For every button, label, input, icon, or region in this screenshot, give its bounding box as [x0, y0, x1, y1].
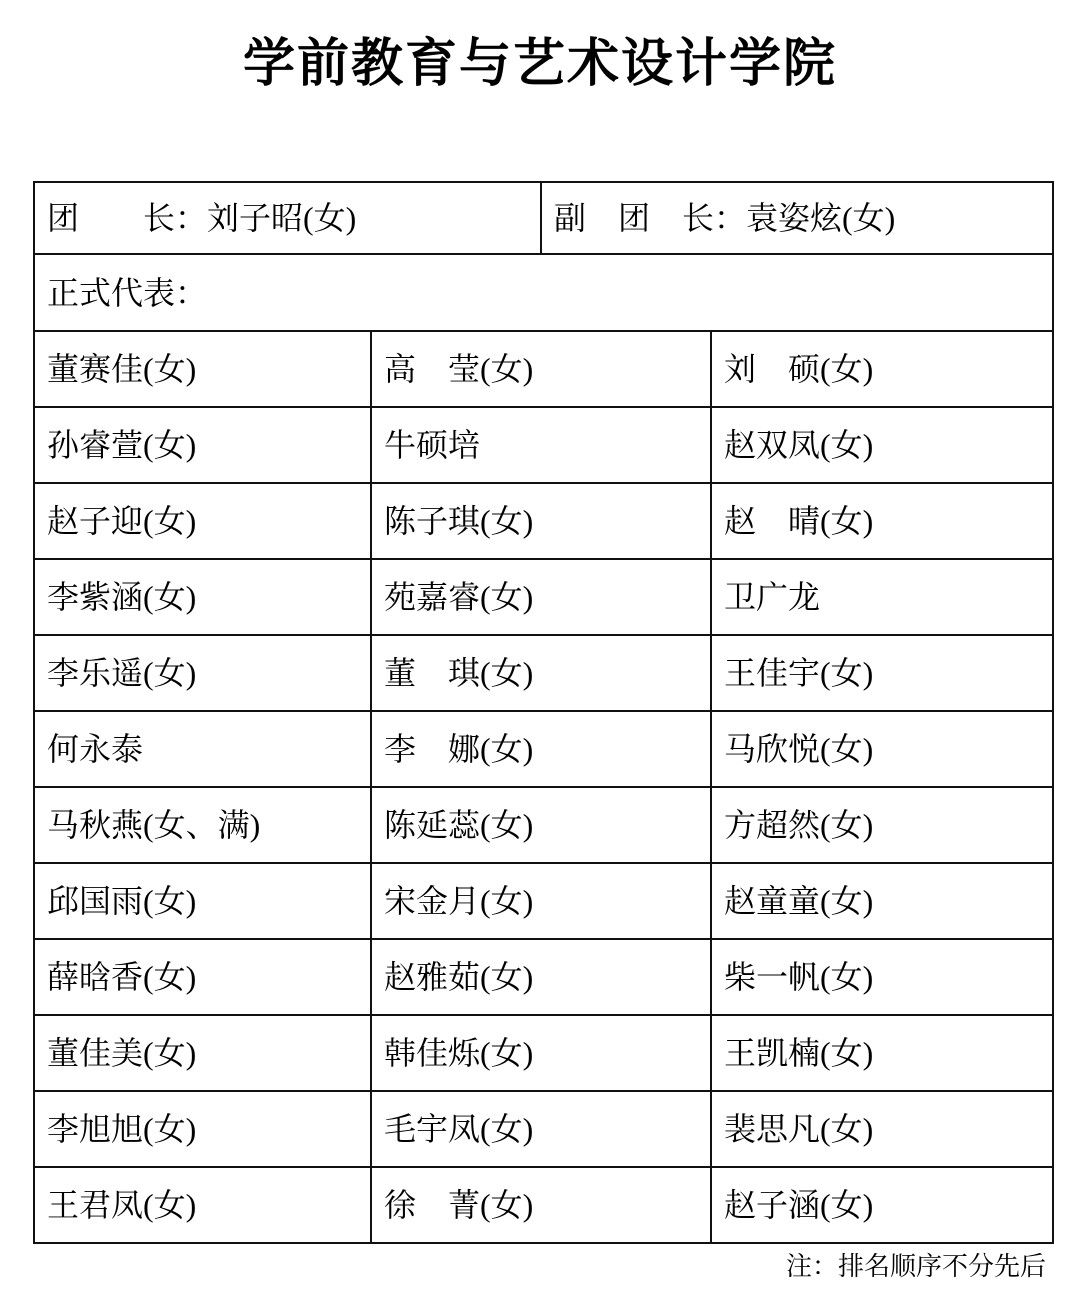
- delegate-cell: 毛宇凤(女): [371, 1091, 711, 1167]
- table-row: 何永泰 李 娜(女) 马欣悦(女): [34, 711, 1053, 787]
- delegate-cell: 邱国雨(女): [34, 863, 371, 939]
- leader-cell: 团 长：刘子昭(女): [34, 182, 541, 254]
- delegate-cell: 董赛佳(女): [34, 331, 371, 407]
- delegate-cell: 赵雅茹(女): [371, 939, 711, 1015]
- delegate-cell: 李 娜(女): [371, 711, 711, 787]
- delegate-cell: 赵童童(女): [711, 863, 1053, 939]
- delegate-cell: 赵子迎(女): [34, 483, 371, 559]
- delegate-cell: 马秋燕(女、满): [34, 787, 371, 863]
- delegate-cell: 韩佳烁(女): [371, 1015, 711, 1091]
- table-row: 孙睿萱(女) 牛硕培 赵双凤(女): [34, 407, 1053, 483]
- delegate-cell: 牛硕培: [371, 407, 711, 483]
- table-row: 邱国雨(女) 宋金月(女) 赵童童(女): [34, 863, 1053, 939]
- table-row: 李旭旭(女) 毛宇凤(女) 裴思凡(女): [34, 1091, 1053, 1167]
- section-row: 正式代表：: [34, 254, 1053, 331]
- delegate-cell: 卫广龙: [711, 559, 1053, 635]
- delegate-cell: 高 莹(女): [371, 331, 711, 407]
- delegate-cell: 裴思凡(女): [711, 1091, 1053, 1167]
- footnote: 注：排名顺序不分先后: [33, 1250, 1046, 1284]
- table-row: 李乐遥(女) 董 琪(女) 王佳宇(女): [34, 635, 1053, 711]
- table-row: 董赛佳(女) 高 莹(女) 刘 硕(女): [34, 331, 1053, 407]
- section-label-cell: 正式代表：: [34, 254, 1053, 331]
- delegate-cell: 董 琪(女): [371, 635, 711, 711]
- leaders-row: 团 长：刘子昭(女) 副 团 长：袁姿炫(女): [34, 182, 1053, 254]
- delegate-cell: 董佳美(女): [34, 1015, 371, 1091]
- delegate-cell: 薛晗香(女): [34, 939, 371, 1015]
- delegate-cell: 马欣悦(女): [711, 711, 1053, 787]
- delegate-cell: 李乐遥(女): [34, 635, 371, 711]
- document-title: 学前教育与艺术设计学院: [0, 32, 1080, 98]
- table-row: 董佳美(女) 韩佳烁(女) 王凯楠(女): [34, 1015, 1053, 1091]
- delegate-cell: 苑嘉睿(女): [371, 559, 711, 635]
- delegates-table: 团 长：刘子昭(女) 副 团 长：袁姿炫(女) 正式代表： 董赛佳(女) 高 莹…: [33, 181, 1054, 1244]
- delegate-cell: 方超然(女): [711, 787, 1053, 863]
- table-row: 赵子迎(女) 陈子琪(女) 赵 晴(女): [34, 483, 1053, 559]
- delegate-cell: 李紫涵(女): [34, 559, 371, 635]
- delegate-cell: 赵双凤(女): [711, 407, 1053, 483]
- delegate-cell: 李旭旭(女): [34, 1091, 371, 1167]
- delegate-cell: 柴一帆(女): [711, 939, 1053, 1015]
- delegate-cell: 宋金月(女): [371, 863, 711, 939]
- delegate-cell: 何永泰: [34, 711, 371, 787]
- delegate-cell: 孙睿萱(女): [34, 407, 371, 483]
- table-row: 李紫涵(女) 苑嘉睿(女) 卫广龙: [34, 559, 1053, 635]
- table-row: 王君凤(女) 徐 菁(女) 赵子涵(女): [34, 1167, 1053, 1243]
- deputy-leader-cell: 副 团 长：袁姿炫(女): [541, 182, 1053, 254]
- document-page: 学前教育与艺术设计学院 团 长：刘子昭(女) 副 团 长：袁姿炫(女) 正式代表…: [0, 0, 1080, 1305]
- delegate-cell: 王佳宇(女): [711, 635, 1053, 711]
- delegate-cell: 赵子涵(女): [711, 1167, 1053, 1243]
- delegate-cell: 王君凤(女): [34, 1167, 371, 1243]
- delegate-cell: 赵 晴(女): [711, 483, 1053, 559]
- table-row: 马秋燕(女、满) 陈延蕊(女) 方超然(女): [34, 787, 1053, 863]
- delegate-cell: 陈延蕊(女): [371, 787, 711, 863]
- delegate-cell: 王凯楠(女): [711, 1015, 1053, 1091]
- delegate-cell: 陈子琪(女): [371, 483, 711, 559]
- delegate-cell: 徐 菁(女): [371, 1167, 711, 1243]
- delegate-cell: 刘 硕(女): [711, 331, 1053, 407]
- table-row: 薛晗香(女) 赵雅茹(女) 柴一帆(女): [34, 939, 1053, 1015]
